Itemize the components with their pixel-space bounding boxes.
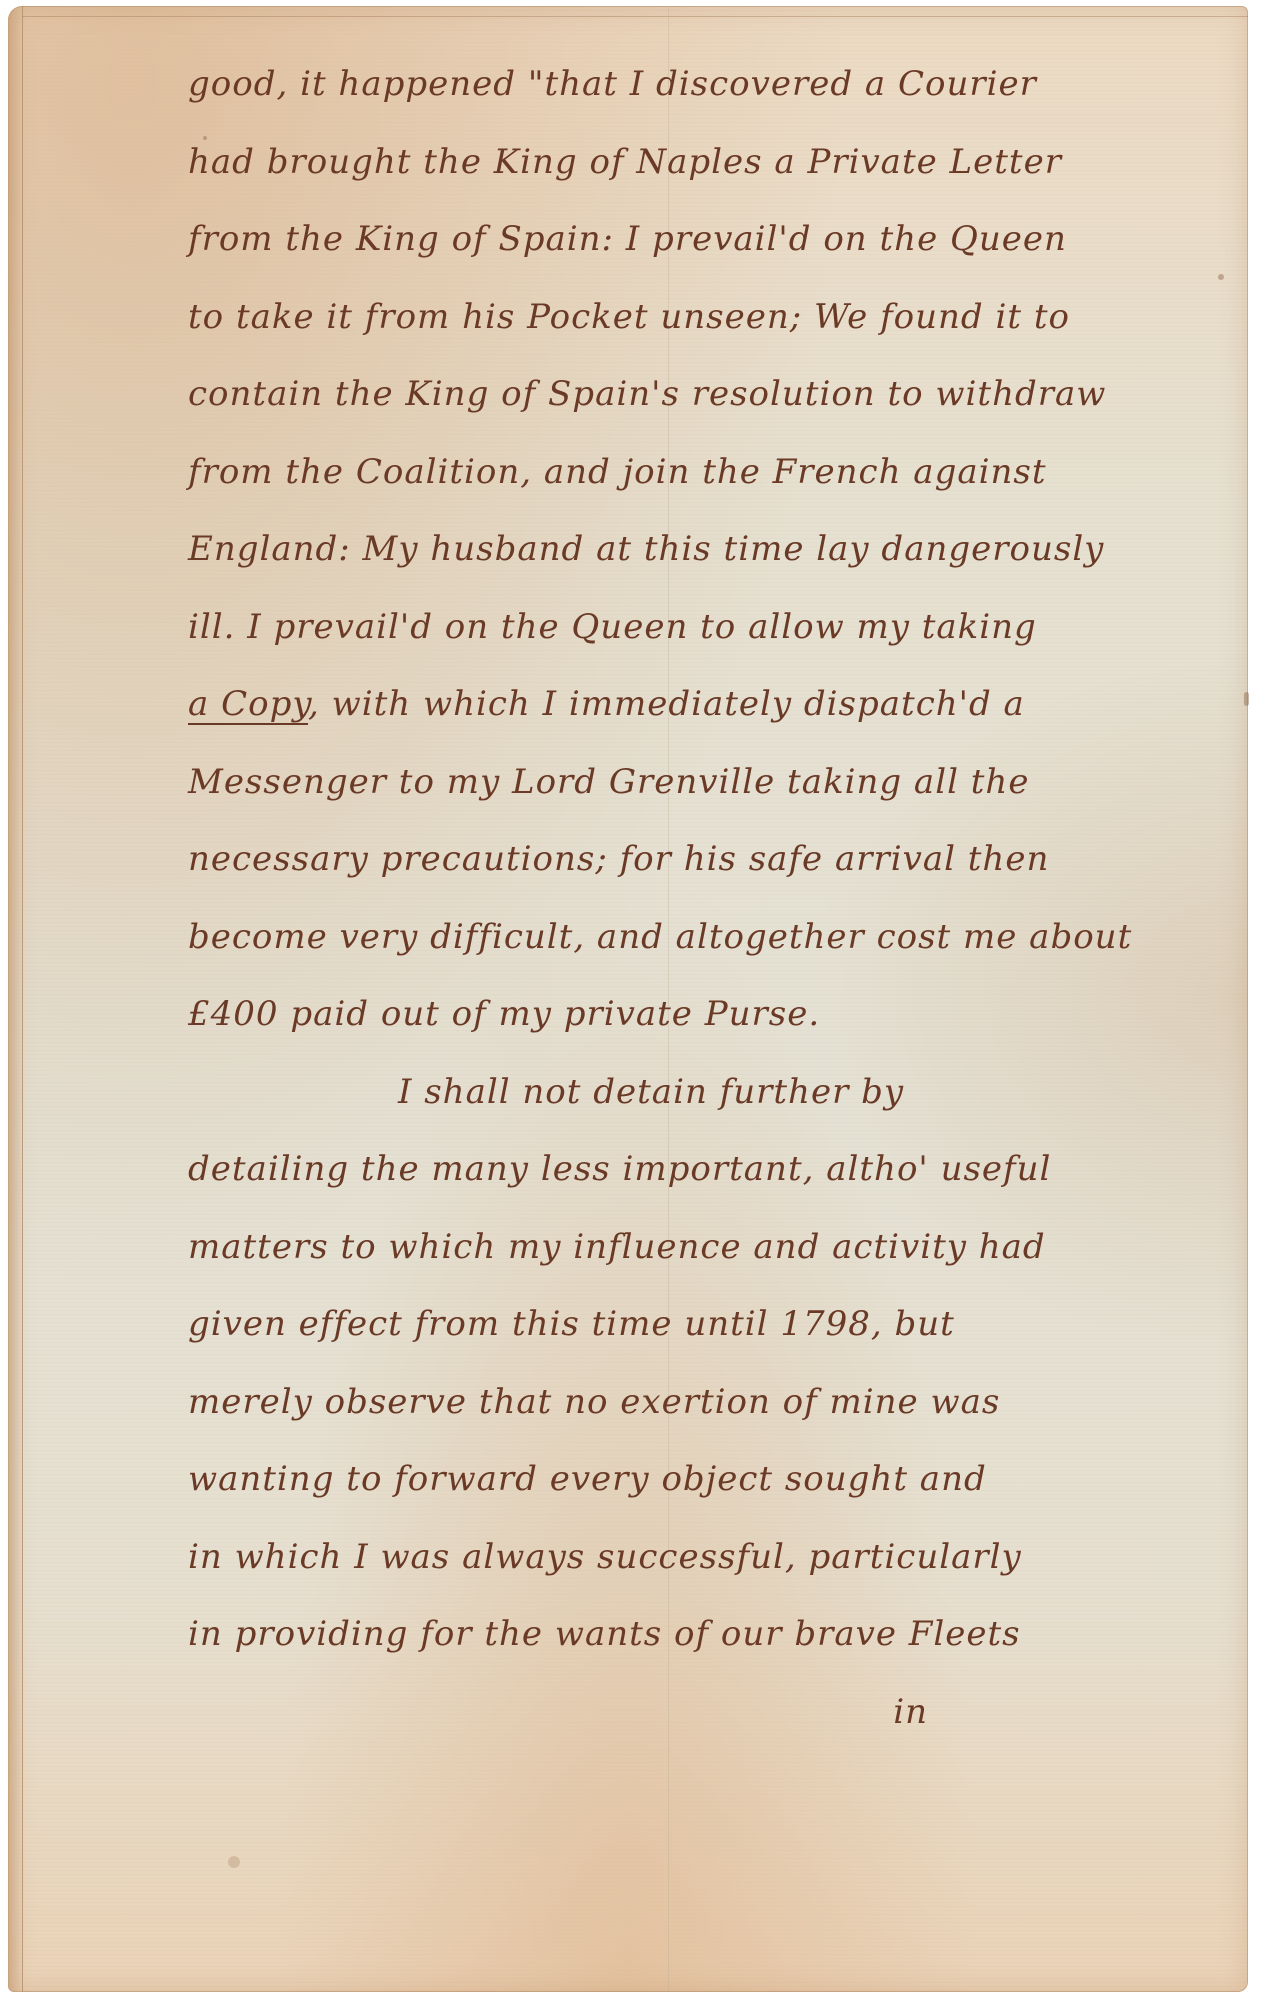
manuscript-text: good, it happened "that I discovered a C…: [188, 46, 1228, 1734]
stain-spot: [228, 1856, 240, 1868]
text-line: detailing the many less important, altho…: [188, 1131, 1228, 1209]
text-line: in providing for the wants of our brave …: [188, 1596, 1228, 1674]
text-line: become very difficult, and altogether co…: [188, 899, 1228, 977]
paper-top-edge: [22, 6, 1248, 17]
manuscript-page: good, it happened "that I discovered a C…: [8, 6, 1248, 1992]
text-line: matters to which my influence and activi…: [188, 1209, 1228, 1287]
text-line: Messenger to my Lord Grenville taking al…: [188, 744, 1228, 822]
text-line: ill. I prevail'd on the Queen to allow m…: [188, 589, 1228, 667]
text-line: in which I was always successful, partic…: [188, 1519, 1228, 1597]
underlined-phrase: a Copy: [188, 684, 308, 724]
text-line: contain the King of Spain's resolution t…: [188, 356, 1228, 434]
catchword: in: [188, 1674, 1228, 1734]
text-line: from the King of Spain: I prevail'd on t…: [188, 201, 1228, 279]
text-line: good, it happened "that I discovered a C…: [188, 46, 1228, 124]
text-line: £400 paid out of my private Purse.: [188, 976, 1228, 1054]
text-line: from the Coalition, and join the French …: [188, 434, 1228, 512]
ink-spot: [1244, 692, 1249, 706]
text-line: necessary precautions; for his safe arri…: [188, 821, 1228, 899]
text-line: had brought the King of Naples a Private…: [188, 124, 1228, 202]
text-line-rest: , with which I immediately dispatch'd a: [308, 684, 1025, 724]
text-line: to take it from his Pocket unseen; We fo…: [188, 279, 1228, 357]
text-line: given effect from this time until 1798, …: [188, 1286, 1228, 1364]
text-line: a Copy, with which I immediately dispatc…: [188, 666, 1228, 744]
text-line: wanting to forward every object sought a…: [188, 1441, 1228, 1519]
paper-left-edge: [8, 6, 23, 1992]
paragraph-start-line: I shall not detain further by: [188, 1054, 1228, 1132]
text-line: England: My husband at this time lay dan…: [188, 511, 1228, 589]
text-line: merely observe that no exertion of mine …: [188, 1364, 1228, 1442]
